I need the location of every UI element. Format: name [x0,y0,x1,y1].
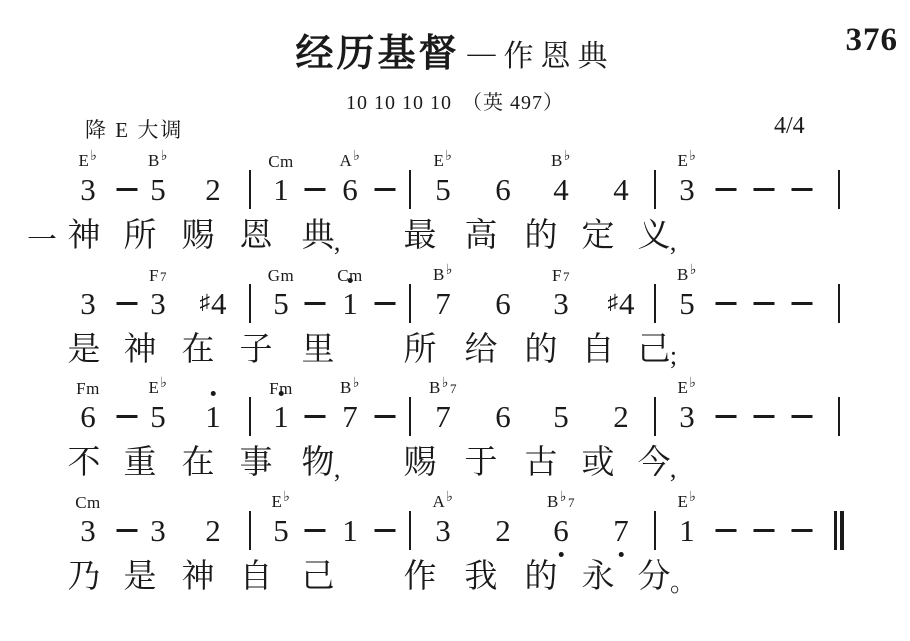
lyric-char: 所 [124,220,157,253]
note: 6A♭ [342,174,358,205]
octave-dot-below [619,552,624,557]
chord-label: Fm [269,380,293,397]
lyric-char: 自 [582,334,615,367]
lyric-char: 于 [465,447,498,480]
lyric-char: 的 [525,334,558,367]
barline [409,511,411,550]
lyric-char: 作 [404,561,437,594]
lyric-char: 在 [182,447,215,480]
lyric-char: 义, [638,220,671,253]
lyric-char: 给 [465,334,498,367]
duration-dash [117,188,138,191]
chord-label: E♭ [79,152,98,170]
seventh-number: 7 [568,495,575,510]
lyric-punctuation: 。 [670,570,696,596]
duration-dash [754,529,775,532]
chord-label: E♭ [434,152,453,170]
note: 3E♭ [679,174,695,205]
lyric-char: 赐 [404,447,437,480]
note: 6 [495,174,511,205]
duration-dash [716,188,737,191]
chord-label: F7 [552,267,570,284]
note: 1 [205,401,221,432]
flat-symbol: ♭ [161,149,168,164]
note: 1Cm [273,174,289,205]
final-barline-thick [840,511,844,550]
duration-dash [716,302,737,305]
lyric-char: 重 [124,447,157,480]
note: 1 [342,515,358,546]
chord-label: A♭ [433,493,454,511]
lyric-char: 赐 [182,220,215,253]
duration-dash [716,529,737,532]
final-barline-thin [834,511,837,550]
lyric-char: 今, [638,447,671,480]
note: 3A♭ [435,515,451,546]
duration-dash [792,302,813,305]
chord-label: B♭ [551,152,571,170]
lyric-punctuation: , [670,456,677,482]
lyric-punctuation: , [334,229,341,255]
note: 6B♭7 [553,515,569,546]
chord-label: Cm [268,153,294,170]
note: 1Cm [342,288,358,319]
note: 6Fm [80,401,96,432]
lyric-punctuation: , [670,229,677,255]
note: 5Gm [273,288,289,319]
note: 2 [205,515,221,546]
barline [249,397,251,436]
lyric-punctuation: ; [670,343,677,369]
seventh-number: 7 [450,381,457,396]
lyric-char: 分。 [638,561,671,594]
note: 1Fm [273,401,289,432]
verse-number: 一 [27,226,57,256]
note: 1E♭ [679,515,695,546]
lyric-char: 典, [302,220,335,253]
chord-label: B♭ [340,379,360,397]
accidental-sharp: ♯ [608,290,619,314]
lyric-char: 里 [302,334,335,367]
flat-symbol: ♭ [560,490,567,505]
barline [838,397,840,436]
note: 3E♭ [80,174,96,205]
note: 5 [553,401,569,432]
lyric-char: 神 [124,334,157,367]
barline [249,284,251,323]
duration-dash [375,415,396,418]
lyric-char: 永 [582,561,615,594]
chord-label: F7 [149,267,167,284]
octave-dot-above [211,391,216,396]
barline [838,284,840,323]
note: 2 [205,174,221,205]
note: 7 [613,515,629,546]
flat-symbol: ♭ [160,376,167,391]
note: 2 [495,515,511,546]
barline [654,397,656,436]
lyric-char: 最 [404,220,437,253]
chord-label: Gm [268,267,295,284]
lyric-punctuation: , [334,456,341,482]
note: 2 [613,401,629,432]
chord-label: E♭ [149,379,168,397]
lyric-char: 己; [638,334,671,367]
chord-label: B♭7 [547,493,575,511]
accidental-sharp: ♯ [200,290,211,314]
chord-label: B♭ [433,266,453,284]
chord-label: B♭7 [429,379,457,397]
note: 5E♭ [273,515,289,546]
note: 3F7 [553,288,569,319]
music-system-2: 33F7♯45Gm1Cm7B♭63F7♯45B♭是神在子里所给的自己; [0,264,910,376]
lyric-char: 子 [240,334,273,367]
lyric-char: 恩 [240,220,273,253]
duration-dash [375,302,396,305]
final-barline [834,511,844,550]
duration-dash [305,415,326,418]
duration-dash [305,188,326,191]
note: 4B♭ [553,174,569,205]
seventh-number: 7 [160,269,167,284]
duration-dash [305,529,326,532]
barline [249,170,251,209]
flat-symbol: ♭ [689,149,696,164]
note: 3 [150,515,166,546]
chord-label: Fm [76,380,100,397]
barline [654,170,656,209]
octave-dot-below [559,552,564,557]
chord-label: E♭ [678,493,697,511]
duration-dash [792,529,813,532]
flat-symbol: ♭ [442,376,449,391]
note: 7B♭ [342,401,358,432]
lyric-char: 己 [302,561,335,594]
duration-dash [375,529,396,532]
note: 3F7 [150,288,166,319]
numbered-notation-score: 3E♭5B♭21Cm6A♭5E♭64B♭43E♭神所赐恩典,最高的定义,一33F… [0,0,910,641]
barline [409,170,411,209]
barline [654,284,656,323]
barline [249,511,251,550]
lyric-char: 自 [240,561,273,594]
chord-label: Cm [337,267,363,284]
chord-label: A♭ [340,152,361,170]
chord-label: E♭ [678,152,697,170]
lyric-char: 或 [582,447,615,480]
note: 3 [80,288,96,319]
duration-dash [754,302,775,305]
lyric-char: 神 [182,561,215,594]
flat-symbol: ♭ [446,263,453,278]
note: 5B♭ [150,174,166,205]
hymn-sheet-page: 376 经历基督—作恩典 10 10 10 10（英 497） 降 E 大调 4… [0,0,910,641]
flat-symbol: ♭ [353,376,360,391]
note: 5E♭ [435,174,451,205]
lyric-char: 定 [582,220,615,253]
chord-label: Cm [75,494,101,511]
lyric-char: 的 [525,220,558,253]
lyric-char: 在 [182,334,215,367]
note: 6 [495,288,511,319]
lyric-char: 不 [68,447,101,480]
lyric-char: 高 [465,220,498,253]
note: 5B♭ [679,288,695,319]
duration-dash [792,188,813,191]
music-system-4: 3Cm325E♭13A♭26B♭771E♭乃是神自己作我的永分。 [0,491,910,603]
lyric-char: 是 [68,334,101,367]
lyric-char: 所 [404,334,437,367]
music-system-1: 3E♭5B♭21Cm6A♭5E♭64B♭43E♭神所赐恩典,最高的定义,一 [0,150,910,262]
flat-symbol: ♭ [353,149,360,164]
note: 5E♭ [150,401,166,432]
duration-dash [117,415,138,418]
music-system-3: 6Fm5E♭11Fm7B♭7B♭76523E♭不重在事物,赐于古或今, [0,377,910,489]
seventh-number: 7 [563,269,570,284]
note: 4 [613,174,629,205]
flat-symbol: ♭ [690,263,697,278]
lyric-char: 的 [525,561,558,594]
chord-label: E♭ [678,379,697,397]
duration-dash [117,302,138,305]
flat-symbol: ♭ [283,490,290,505]
note: 7B♭7 [435,401,451,432]
flat-symbol: ♭ [445,149,452,164]
duration-dash [754,415,775,418]
barline [654,511,656,550]
note: ♯4 [200,288,227,319]
duration-dash [117,529,138,532]
duration-dash [305,302,326,305]
duration-dash [375,188,396,191]
flat-symbol: ♭ [564,149,571,164]
lyric-char: 我 [465,561,498,594]
note: 6 [495,401,511,432]
note: ♯4 [608,288,635,319]
barline [409,284,411,323]
duration-dash [792,415,813,418]
lyric-char: 古 [525,447,558,480]
note: 3Cm [80,515,96,546]
barline [409,397,411,436]
flat-symbol: ♭ [90,149,97,164]
chord-label: B♭ [677,266,697,284]
flat-symbol: ♭ [446,490,453,505]
flat-symbol: ♭ [689,376,696,391]
flat-symbol: ♭ [689,490,696,505]
chord-label: E♭ [272,493,291,511]
duration-dash [754,188,775,191]
lyric-char: 是 [124,561,157,594]
lyric-char: 物, [302,447,335,480]
duration-dash [716,415,737,418]
chord-label: B♭ [148,152,168,170]
lyric-char: 乃 [68,561,101,594]
lyric-char: 事 [240,447,273,480]
lyric-char: 神 [68,220,101,253]
note: 3E♭ [679,401,695,432]
barline [838,170,840,209]
note: 7B♭ [435,288,451,319]
